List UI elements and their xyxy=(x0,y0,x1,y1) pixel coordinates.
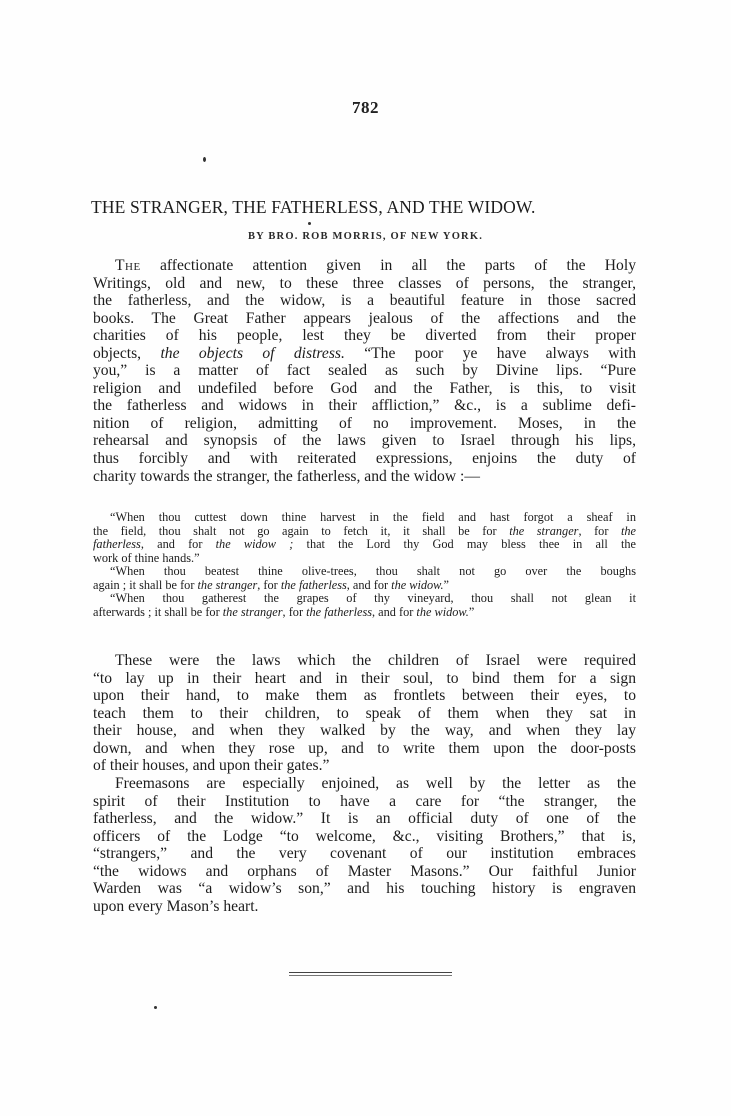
scan-speck xyxy=(203,157,206,162)
paragraph-line: fatherless, and the widow.” It is an off… xyxy=(93,810,636,828)
lead-word: The xyxy=(115,257,141,274)
paragraph-line: their house, and when they walked by the… xyxy=(93,722,636,740)
article-byline: BY BRO. ROB MORRIS, OF NEW YORK. xyxy=(0,231,731,242)
scripture-quotations: “When thou cuttest down thine harvest in… xyxy=(93,511,636,619)
paragraph-line: These were the laws which the children o… xyxy=(93,652,636,670)
paragraph-line: Freemasons are especially enjoined, as w… xyxy=(93,775,636,793)
paragraph-line: The affectionate attention given in all … xyxy=(93,257,636,275)
intro-paragraph: The affectionate attention given in all … xyxy=(93,257,636,485)
paragraph-line: rehearsal and synopsis of the laws given… xyxy=(93,432,636,450)
laws-paragraph: These were the laws which the children o… xyxy=(93,652,636,775)
paragraph-line: down, and when they rose up, and to writ… xyxy=(93,740,636,758)
paragraph-line: you,” is a matter of fact sealed as such… xyxy=(93,362,636,380)
paragraph-line: religion and undefiled before God and th… xyxy=(93,380,636,398)
paragraph-line: “the widows and orphans of Master Masons… xyxy=(93,863,636,881)
paragraph-line: the fatherless and widows in their affli… xyxy=(93,397,636,415)
quote-line: again ; it shall be for the stranger, fo… xyxy=(93,579,636,593)
paragraph-line: teach them to their children, to speak o… xyxy=(93,705,636,723)
quote-line: afterwards ; it shall be for the strange… xyxy=(93,606,636,620)
quote-line: fatherless, and for the widow ; that the… xyxy=(93,538,636,552)
quote-line: “When thou gatherest the grapes of thy v… xyxy=(93,592,636,606)
paragraph-line: thus forcibly and with reiterated expres… xyxy=(93,450,636,468)
scanned-page: 782 THE STRANGER, THE FATHERLESS, AND TH… xyxy=(0,0,731,1116)
paragraph-line: nition of religion, admitting of no impr… xyxy=(93,415,636,433)
italic-phrase: the objects of distress. xyxy=(160,345,344,362)
paragraph-line: “to lay up in their heart and in their s… xyxy=(93,670,636,688)
paragraph-line: spirit of their Institution to have a ca… xyxy=(93,793,636,811)
quote-line: “When thou cuttest down thine harvest in… xyxy=(93,511,636,525)
scan-speck xyxy=(308,222,311,225)
paragraph-line: upon their hand, to make them as frontle… xyxy=(93,687,636,705)
paragraph-line: charity towards the stranger, the father… xyxy=(93,468,636,486)
paragraph-line: books. The Great Father appears jealous … xyxy=(93,310,636,328)
paragraph-line: charities of his people, lest they be di… xyxy=(93,327,636,345)
section-divider-rule xyxy=(289,972,452,973)
paragraph-line: the fatherless, and the widow, is a beau… xyxy=(93,292,636,310)
paragraph-line: Writings, old and new, to these three cl… xyxy=(93,275,636,293)
paragraph-line: Warden was “a widow’s son,” and his touc… xyxy=(93,880,636,898)
paragraph-line: objects, the objects of distress. “The p… xyxy=(93,345,636,363)
paragraph-line: “strangers,” and the very covenant of ou… xyxy=(93,845,636,863)
page-number: 782 xyxy=(0,98,731,118)
paragraph-line: upon every Mason’s heart. xyxy=(93,898,636,916)
quote-line: the field, thou shalt not go again to fe… xyxy=(93,525,636,539)
freemasons-paragraph: Freemasons are especially enjoined, as w… xyxy=(93,775,636,915)
quote-line: “When thou beatest thine olive-trees, th… xyxy=(93,565,636,579)
paragraph-line: officers of the Lodge “to welcome, &c., … xyxy=(93,828,636,846)
scan-speck xyxy=(154,1006,157,1009)
section-divider-rule xyxy=(289,975,452,976)
quote-line: work of thine hands.” xyxy=(93,552,636,566)
article-title: THE STRANGER, THE FATHERLESS, AND THE WI… xyxy=(91,197,640,218)
paragraph-line: of their houses, and upon their gates.” xyxy=(93,757,636,775)
